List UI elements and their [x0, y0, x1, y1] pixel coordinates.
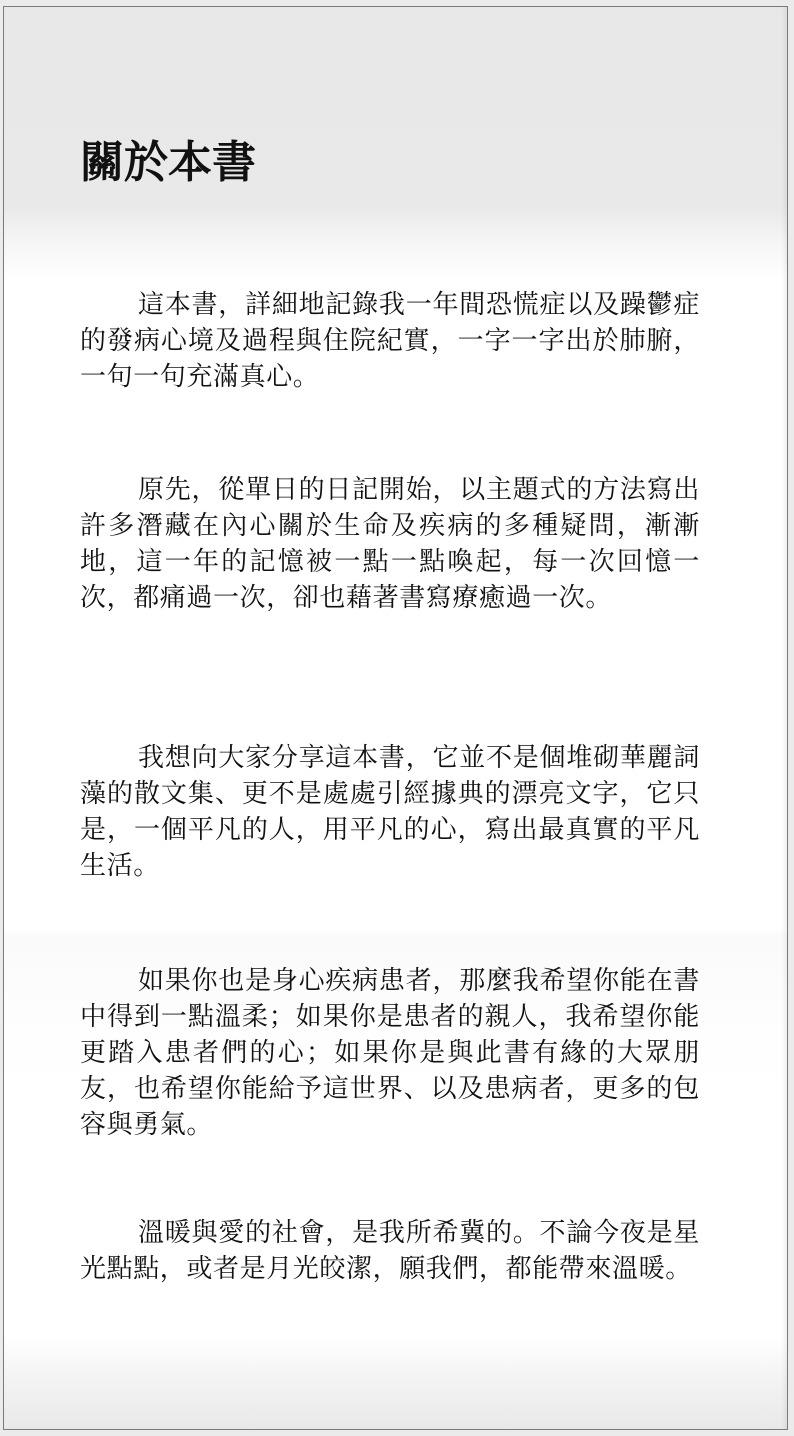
document-page: 關於本書 這本書，詳細地記錄我一年間恐慌症以及躁鬱症的發病心境及過程與住院紀實，…	[3, 6, 788, 1430]
page-title: 關於本書	[80, 137, 256, 189]
paragraph-3: 我想向大家分享這本書，它並不是個堆砌華麗詞藻的散文集、更不是處處引經據典的漂亮文…	[80, 740, 700, 884]
paragraph-2: 原先，從單日的日記開始，以主題式的方法寫出許多潛藏在內心關於生命及疾病的多種疑問…	[80, 472, 700, 616]
paragraph-4: 如果你也是身心疾病患者，那麼我希望你能在書中得到一點溫柔；如果你是患者的親人，我…	[80, 963, 700, 1143]
paragraph-1: 這本書，詳細地記錄我一年間恐慌症以及躁鬱症的發病心境及過程與住院紀實，一字一字出…	[80, 287, 700, 395]
paragraph-5: 溫暖與愛的社會，是我所希冀的。不論今夜是星光點點，或者是月光皎潔，願我們，都能帶…	[80, 1215, 700, 1287]
